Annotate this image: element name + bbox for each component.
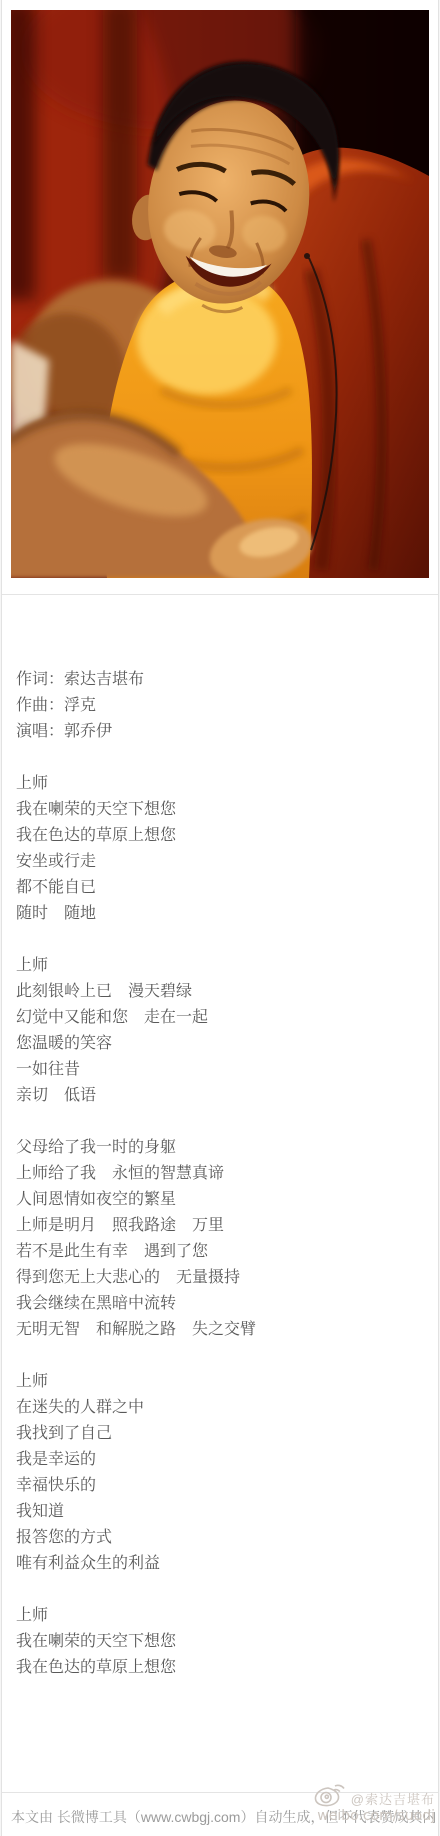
lyric-line bbox=[16, 745, 428, 771]
lyric-line: 我会继续在黑暗中流转 bbox=[16, 1291, 428, 1317]
lyric-line: 上师给了我 永恒的智慧真谛 bbox=[16, 1161, 428, 1187]
lyric-line: 我在色达的草原上想您 bbox=[16, 823, 428, 849]
lyric-line: 一如往昔 bbox=[16, 1057, 428, 1083]
page-card: 作词：索达吉堪布作曲：浮克演唱：郭乔伊 上师我在喇荣的天空下想您我在色达的草原上… bbox=[1, 0, 439, 1836]
lyric-line: 我知道 bbox=[16, 1499, 428, 1525]
weibo-watermark: @索达吉堪布 weibo.com/suodj bbox=[317, 1792, 435, 1824]
lyric-line: 安坐或行走 bbox=[16, 849, 428, 875]
lyric-line: 幸福快乐的 bbox=[16, 1473, 428, 1499]
lyric-line: 上师 bbox=[16, 771, 428, 797]
lyric-line: 唯有利益众生的利益 bbox=[16, 1551, 428, 1577]
lyric-line: 您温暖的笑容 bbox=[16, 1031, 428, 1057]
lyric-line: 报答您的方式 bbox=[16, 1525, 428, 1551]
lyric-line: 幻觉中又能和您 走在一起 bbox=[16, 1005, 428, 1031]
lyric-line: 父母给了我一时的身躯 bbox=[16, 1135, 428, 1161]
lyric-line: 我在色达的草原上想您 bbox=[16, 1655, 428, 1681]
lyric-line: 作曲：浮克 bbox=[16, 693, 428, 719]
lyric-line: 人间恩情如夜空的繁星 bbox=[16, 1187, 428, 1213]
lyric-line: 无明无智 和解脱之路 失之交臂 bbox=[16, 1317, 428, 1343]
lyric-line bbox=[16, 927, 428, 953]
lyric-line: 演唱：郭乔伊 bbox=[16, 719, 428, 745]
lyric-line: 若不是此生有幸 遇到了您 bbox=[16, 1239, 428, 1265]
long-weibo-image: { "page": { "type": "weibo-long-post-lyr… bbox=[0, 0, 440, 1836]
lyric-line: 我在喇荣的天空下想您 bbox=[16, 1629, 428, 1655]
lyric-line: 在迷失的人群之中 bbox=[16, 1395, 428, 1421]
lyric-line: 上师 bbox=[16, 1369, 428, 1395]
watermark-url: weibo.com/suodj bbox=[317, 1808, 435, 1824]
lyric-line bbox=[16, 1343, 428, 1369]
lyric-line: 上师 bbox=[16, 1603, 428, 1629]
monk-photo bbox=[11, 10, 429, 578]
lyric-line: 我在喇荣的天空下想您 bbox=[16, 797, 428, 823]
lyric-line: 上师 bbox=[16, 953, 428, 979]
lyric-line bbox=[16, 1577, 428, 1603]
lyric-line bbox=[16, 1109, 428, 1135]
lyric-line: 亲切 低语 bbox=[16, 1083, 428, 1109]
lyric-line: 此刻银岭上已 漫天碧绿 bbox=[16, 979, 428, 1005]
monk-photo-illustration bbox=[11, 10, 429, 578]
lyric-line: 作词：索达吉堪布 bbox=[16, 667, 428, 693]
photo-text-divider bbox=[2, 594, 438, 595]
lyric-line: 上师是明月 照我路途 万里 bbox=[16, 1213, 428, 1239]
lyric-line: 都不能自已 bbox=[16, 875, 428, 901]
lyric-line: 随时 随地 bbox=[16, 901, 428, 927]
lyric-line: 我是幸运的 bbox=[16, 1447, 428, 1473]
lyric-line: 得到您无上大悲心的 无量摄持 bbox=[16, 1265, 428, 1291]
lyric-line: 我找到了自己 bbox=[16, 1421, 428, 1447]
lyrics-block: 作词：索达吉堪布作曲：浮克演唱：郭乔伊 上师我在喇荣的天空下想您我在色达的草原上… bbox=[16, 667, 428, 1681]
watermark-handle: @索达吉堪布 bbox=[317, 1792, 435, 1808]
